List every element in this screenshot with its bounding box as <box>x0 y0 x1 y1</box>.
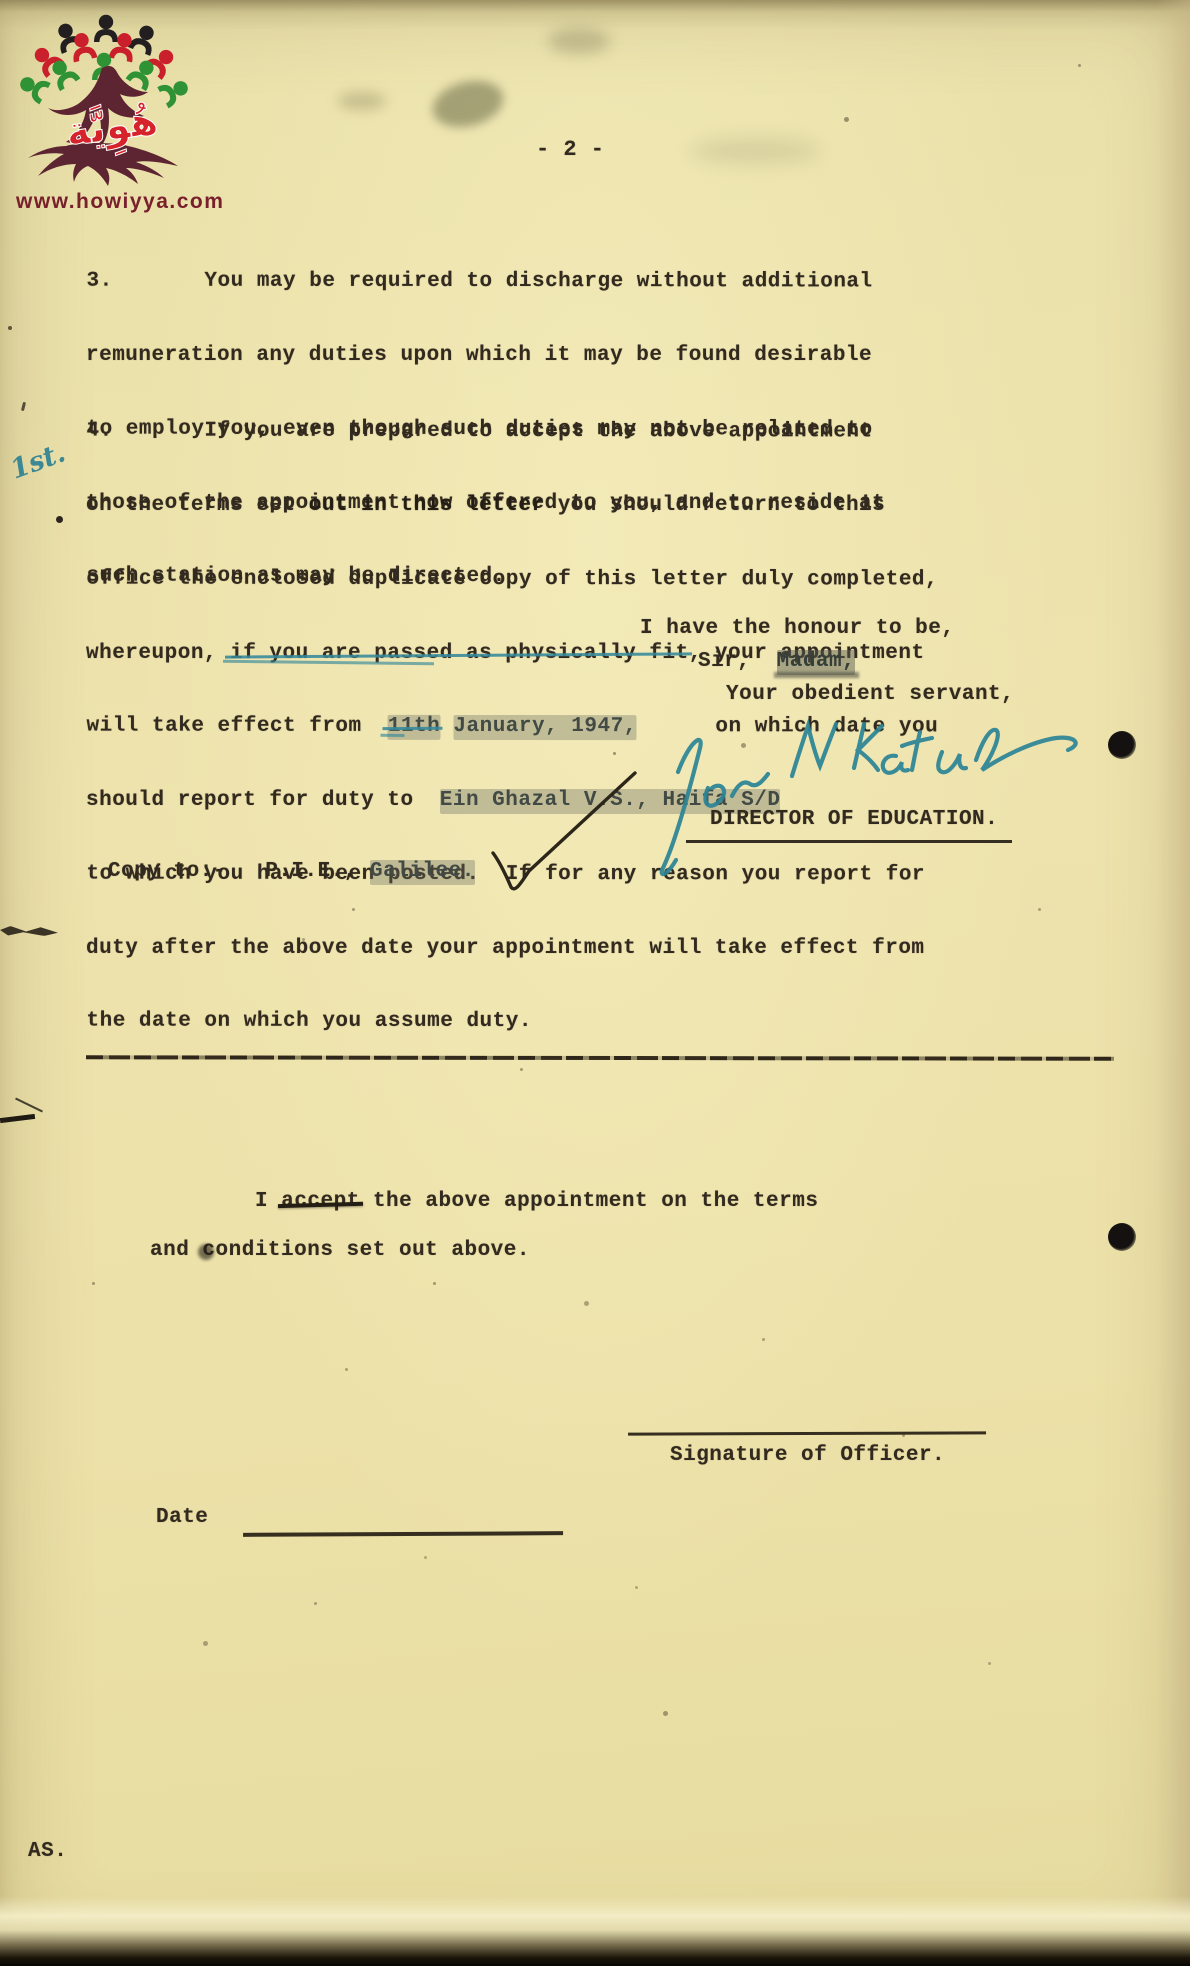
scan-right-edge <box>1156 0 1190 1966</box>
closing-servant-line: Your obedient servant, <box>726 683 1014 708</box>
hole-punch-mark <box>1108 1223 1136 1251</box>
faded-ghost-text-smudge <box>690 138 820 164</box>
ink-smudge <box>338 92 386 110</box>
hole-punch-mark <box>1108 731 1136 759</box>
officer-signature-line <box>628 1403 986 1435</box>
ink-smudge <box>548 28 610 54</box>
struck-madam-text: Madam, <box>777 650 856 675</box>
letter-line: office the enclosed duplicate copy of th… <box>86 567 938 592</box>
howiyya-tree-logo-icon: هُوِيَّة <box>18 6 188 188</box>
overtyped-text: out in this letter <box>309 494 545 519</box>
scratch-mark <box>15 1098 43 1113</box>
date-label: Date <box>156 1506 208 1531</box>
footer-initials: AS. <box>28 1840 67 1865</box>
handwritten-signature <box>620 712 1100 882</box>
officer-signature-label: Signature of Officer. <box>670 1444 945 1469</box>
ink-dash-mark <box>0 1114 35 1123</box>
blotted-conditions-text: conditions <box>202 1239 333 1264</box>
acceptance-line-1: I accept the above appointment on the te… <box>255 1190 818 1215</box>
stray-ink-tick <box>21 402 26 411</box>
letter-line: 3. You may be required to discharge with… <box>86 270 885 295</box>
copy-destination-text: Galilee. <box>370 860 475 885</box>
scanned-letter-page: هُوِيَّة www.howiyya.com - 2 - 3. You ma… <box>0 0 1190 1966</box>
director-title-block: DIRECTOR OF EDUCATION. <box>686 806 1012 843</box>
closing-salutation-line: Sir, Madam, <box>698 650 855 675</box>
date-fill-line <box>243 1501 563 1537</box>
watermark-url: www.howiyya.com <box>16 190 224 214</box>
struck-date-text: 11th <box>388 715 440 740</box>
paper-speckles <box>0 0 3 3</box>
director-title: DIRECTOR OF EDUCATION. <box>710 808 998 833</box>
stray-ink-dot <box>8 326 12 330</box>
letter-line: on the terms set out in this letter you … <box>86 494 938 519</box>
handwritten-margin-note: 1st. <box>6 437 69 485</box>
acceptance-line-2: and conditions set out above. <box>150 1239 530 1264</box>
letter-line: 4. If you are prepared to accept the abo… <box>86 420 938 445</box>
scan-bottom-edge <box>0 1896 1190 1966</box>
closing-honour-line: I have the honour to be, <box>640 617 954 642</box>
letter-line: the date on which you assume duty. <box>86 1010 938 1035</box>
letter-line: remuneration any duties upon which it ma… <box>86 344 885 369</box>
paper-tear <box>0 926 58 936</box>
copy-to-line: Copy to:- P.I.E., Galilee. <box>108 860 475 885</box>
ink-smudge <box>428 74 509 134</box>
struck-through-text: if you are passed as physically fit <box>230 642 689 667</box>
page-number: - 2 - <box>536 138 605 163</box>
letter-line: duty after the above date your appointme… <box>86 937 938 962</box>
margin-bullet-dot <box>56 516 63 523</box>
inserted-date-text: January, 1947, <box>453 715 636 740</box>
struck-accept-text: accept <box>281 1190 360 1215</box>
